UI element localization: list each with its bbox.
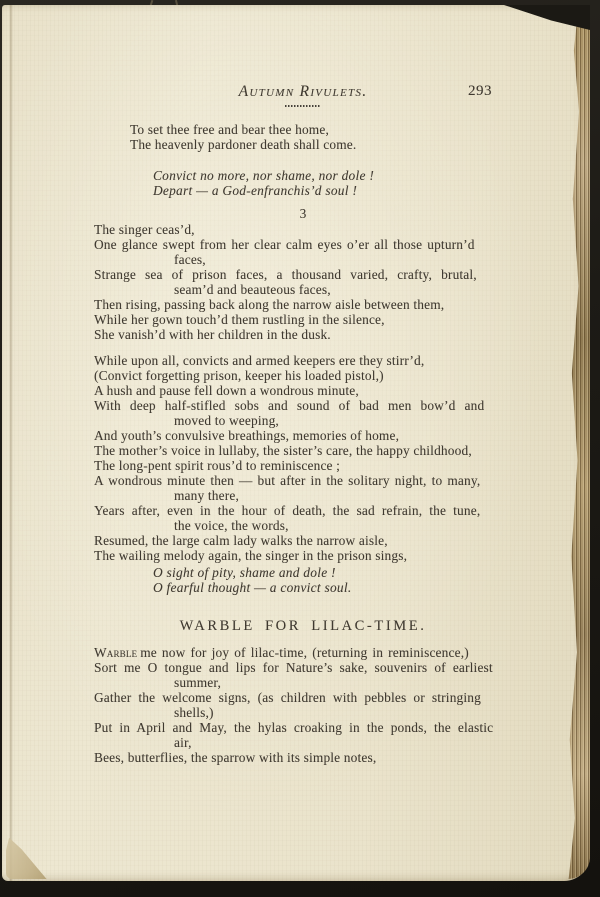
verse-line: Then rising, passing back along the narr… [94, 297, 512, 312]
page-header: Autumn Rivulets. 293 [94, 83, 512, 101]
verse-line: Gather the welcome signs, (as children w… [94, 690, 512, 705]
verse-line: The heavenly pardoner death shall come. [130, 137, 512, 152]
ornament-rule [285, 105, 321, 107]
verse-line: Strange sea of prison faces, a thousand … [94, 267, 512, 282]
book-page: Autumn Rivulets. 293 To set thee free an… [2, 5, 590, 881]
verse-line: Years after, even in the hour of death, … [94, 503, 512, 518]
refrain-line: Depart — a God-enfranchis’d soul ! [153, 183, 512, 198]
verse-line: Bees, butterflies, the sparrow with its … [94, 750, 512, 765]
intro-couplet: To set thee free and bear thee home, The… [94, 122, 512, 152]
verse-line-continuation: air, [94, 735, 512, 750]
running-head: Autumn Rivulets. [239, 83, 368, 100]
page-curl [6, 831, 58, 879]
verse-line-continuation: summer, [94, 675, 512, 690]
page-stack-edge [564, 7, 590, 879]
refrain-line: O sight of pity, shame and dole ! [153, 565, 512, 580]
stanza: The singer ceas’d, One glance swept from… [94, 222, 512, 342]
verse-line: She vanish’d with her children in the du… [94, 327, 512, 342]
verse-line: Put in April and May, the hylas croaking… [94, 720, 512, 735]
verse-line: A hush and pause fell down a wondrous mi… [94, 383, 512, 398]
italic-refrain: Convict no more, nor shame, nor dole ! D… [94, 168, 512, 198]
corner-shadow [504, 5, 590, 30]
verse-line: Warbleme now for joy of lilac-time, (ret… [94, 645, 512, 660]
verse-line: The mother’s voice in lullaby, the siste… [94, 443, 512, 458]
verse-line-continuation: the voice, the words, [94, 518, 512, 533]
refrain-line: O fearful thought — a convict soul. [153, 580, 512, 595]
book-photo: Autumn Rivulets. 293 To set thee free an… [0, 0, 600, 897]
verse-line: And youth’s convulsive breathings, memor… [94, 428, 512, 443]
lead-word: Warble [94, 645, 140, 660]
verse-line-continuation: moved to weeping, [94, 413, 512, 428]
verse-line-continuation: seam’d and beauteous faces, [94, 282, 512, 297]
page-number: 293 [468, 83, 492, 100]
verse-line: The wailing melody again, the singer in … [94, 548, 512, 563]
verse-line: While upon all, convicts and armed keepe… [94, 353, 512, 368]
verse-line-continuation: faces, [94, 252, 512, 267]
verse-line-continuation: shells,) [94, 705, 512, 720]
verse-line: (Convict forgetting prison, keeper his l… [94, 368, 512, 383]
page-content: Autumn Rivulets. 293 To set thee free an… [94, 83, 512, 765]
verse-line-continuation: many there, [94, 488, 512, 503]
verse-line: While her gown touch’d them rustling in … [94, 312, 512, 327]
verse-line: Sort me O tongue and lips for Nature’s s… [94, 660, 512, 675]
stanza: While upon all, convicts and armed keepe… [94, 353, 512, 563]
lead-rest: me now for joy of lilac-time, (returning… [140, 645, 469, 660]
verse-line: To set thee free and bear thee home, [130, 122, 512, 137]
refrain-line: Convict no more, nor shame, nor dole ! [153, 168, 512, 183]
section-number: 3 [94, 206, 512, 221]
stanza: Warbleme now for joy of lilac-time, (ret… [94, 645, 512, 765]
spine-crease [9, 5, 13, 881]
verse-line: A wondrous minute then — but after in th… [94, 473, 512, 488]
verse-line: The long-pent spirit rous’d to reminisce… [94, 458, 512, 473]
verse-line: With deep half-stifled sobs and sound of… [94, 398, 512, 413]
poem-title: WARBLE FOR LILAC-TIME. [94, 618, 512, 634]
verse-line: Resumed, the large calm lady walks the n… [94, 533, 512, 548]
verse-line: The singer ceas’d, [94, 222, 512, 237]
italic-refrain: O sight of pity, shame and dole ! O fear… [94, 565, 512, 595]
verse-line: One glance swept from her clear calm eye… [94, 237, 512, 252]
